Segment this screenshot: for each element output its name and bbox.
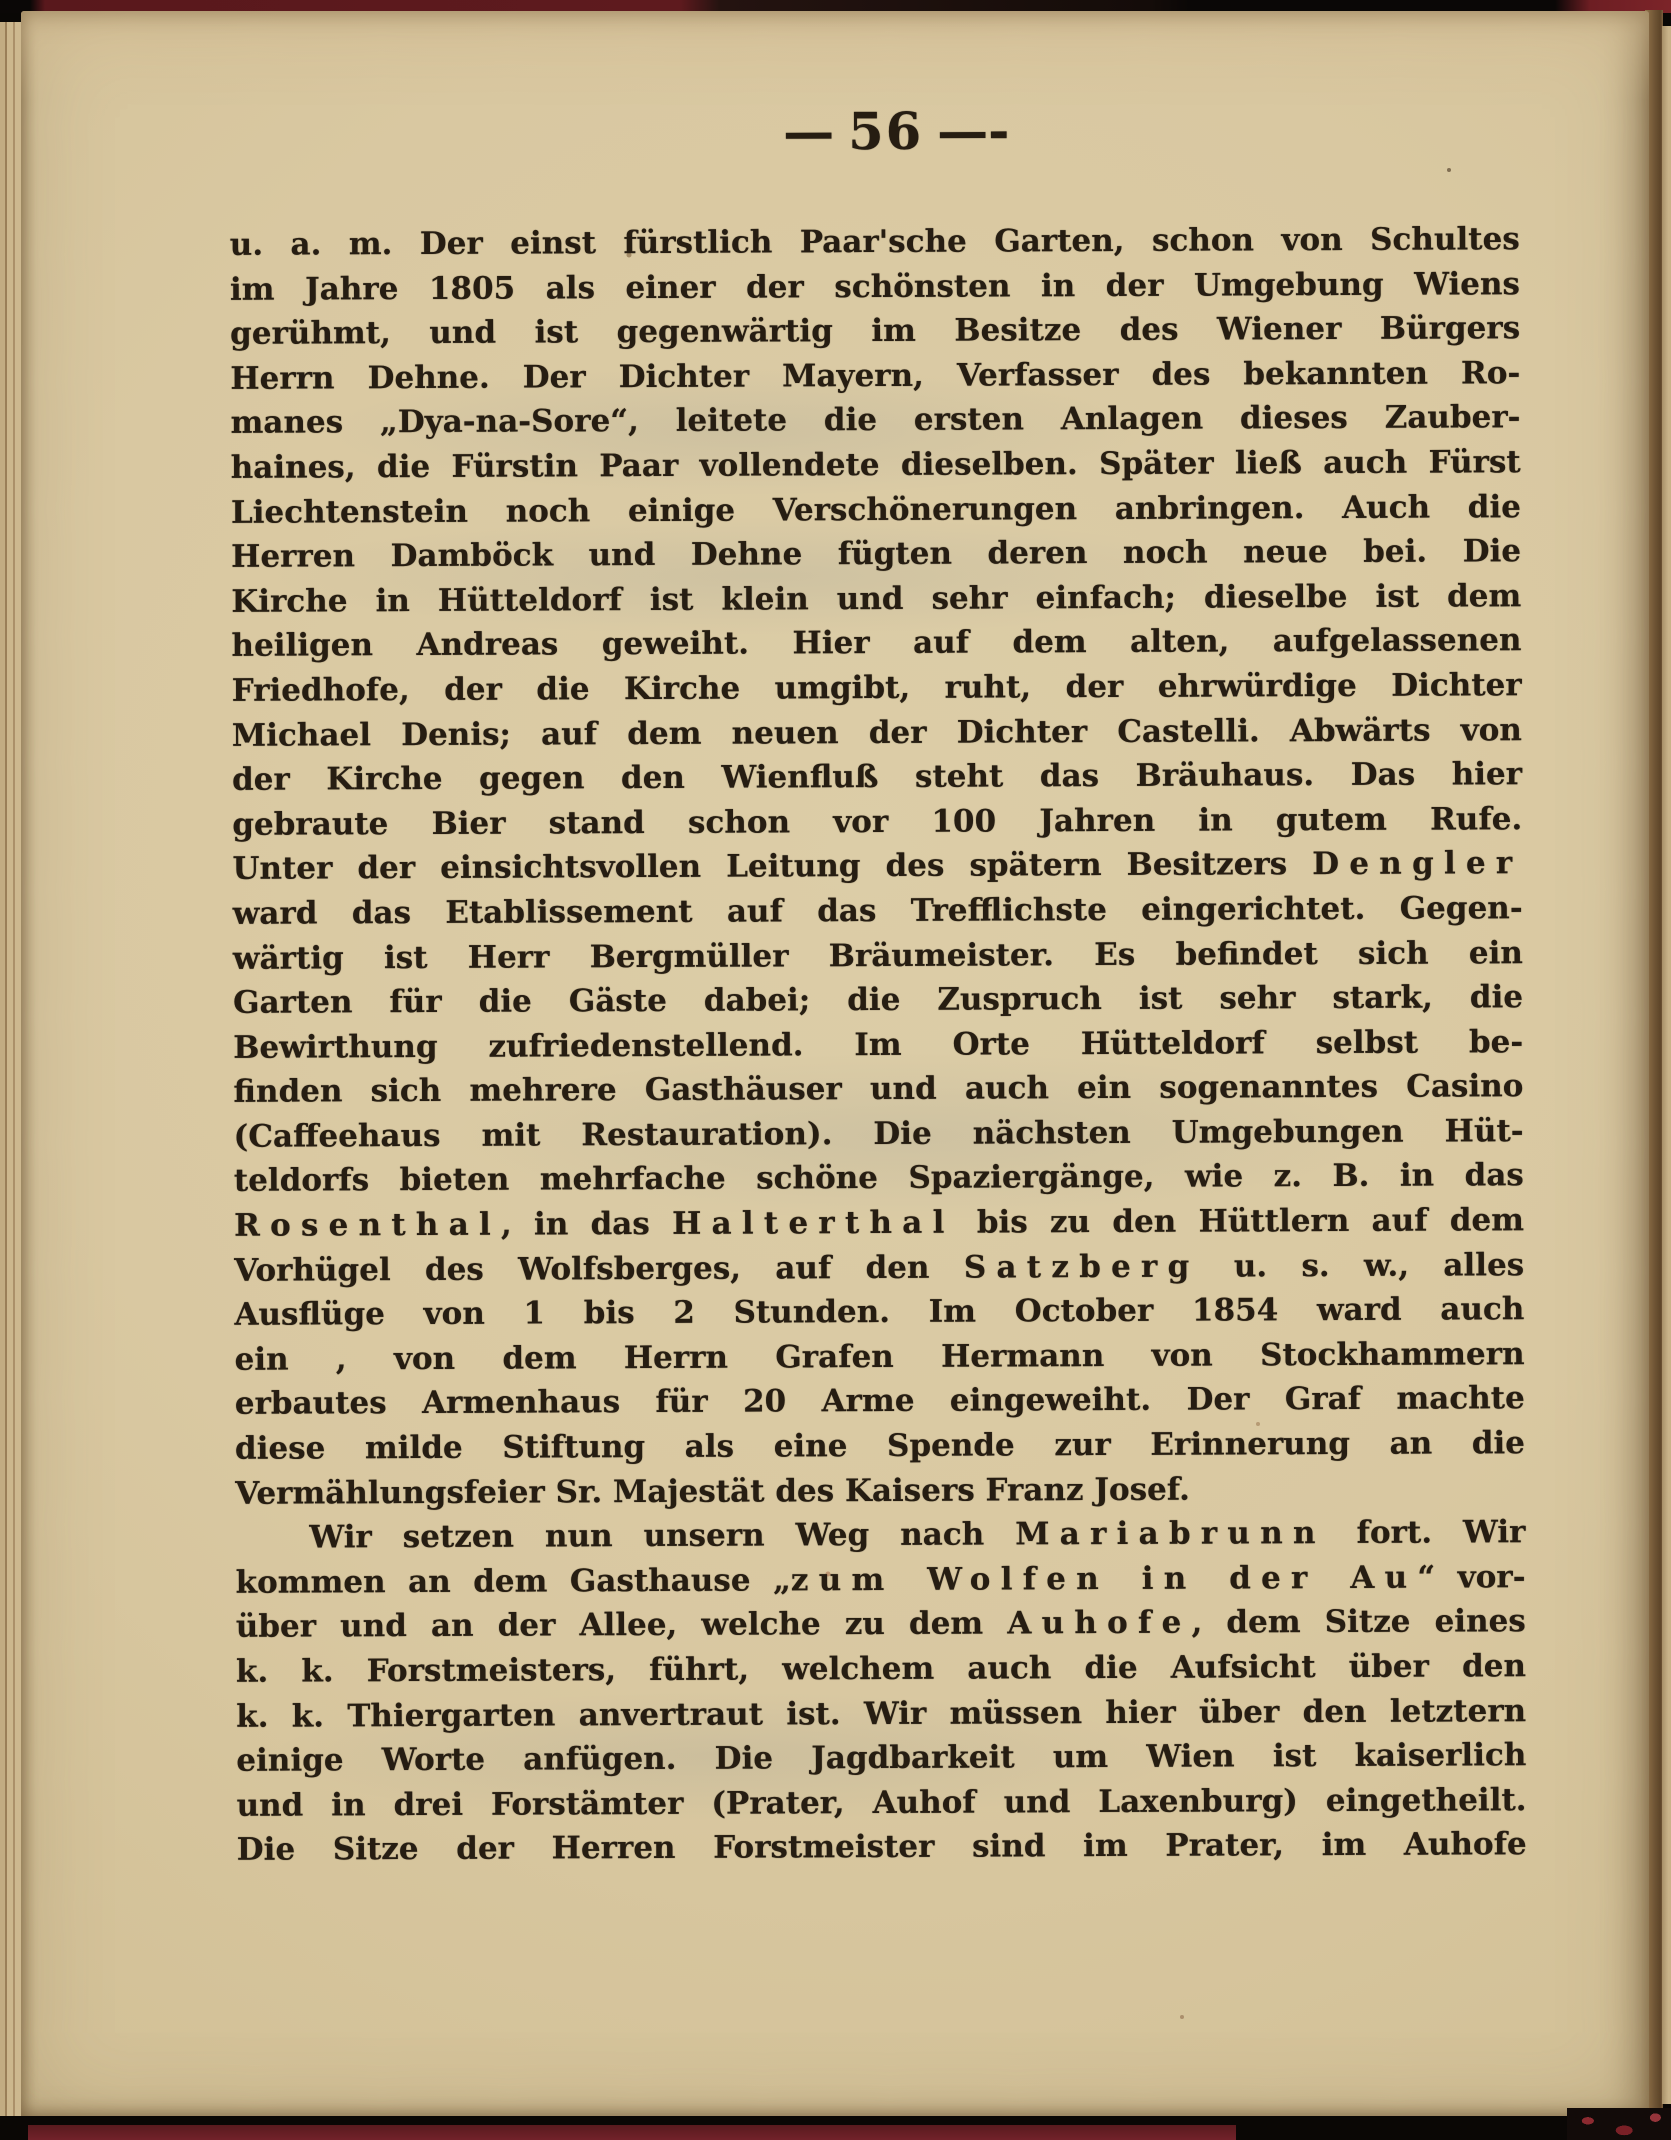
book-cover-bottom-strip bbox=[28, 2125, 1236, 2140]
text-segment: über und an der Allee, welche zu dem bbox=[236, 1606, 1008, 1645]
text-segment: Unter der einsichtsvollen Leitung des sp… bbox=[232, 846, 1312, 887]
text-line: kommen an dem Gasthause „zum Wolfen in d… bbox=[235, 1555, 1525, 1605]
book-scan-photo: —56—- u. a. m. Der einst fürstlich Paar'… bbox=[0, 0, 1671, 2140]
text-segment: gebraute Bier stand schon vor 100 Jahren… bbox=[232, 801, 1522, 843]
text-segment: Garten für die Gäste dabei; die Zuspruch… bbox=[233, 979, 1523, 1021]
text-segment: und in drei Forstämter (Prater, Auhof un… bbox=[236, 1782, 1526, 1824]
text-line: finden sich mehrere Gasthäuser und auch … bbox=[233, 1064, 1523, 1114]
text-segment: u. s. w., alles bbox=[1199, 1247, 1524, 1284]
letterspaced-word: Mariabrunn bbox=[1015, 1515, 1326, 1552]
text-segment: , dem Sitze eines bbox=[1191, 1604, 1525, 1641]
text-line: ward das Etablissement auf das Trefflich… bbox=[233, 886, 1523, 936]
letterspaced-word: Dengler bbox=[1312, 845, 1522, 882]
text-line: Vorhügel des Wolfsberges, auf den Satzbe… bbox=[234, 1243, 1524, 1293]
text-line: einige Worte anfügen. Die Jagdbarkeit um… bbox=[236, 1733, 1526, 1783]
text-line: Vermählungsfeier Sr. Majestät des Kaiser… bbox=[235, 1466, 1525, 1516]
text-segment: Ausflüge von 1 bis 2 Stunden. Im October… bbox=[234, 1291, 1524, 1333]
next-page-edge bbox=[1662, 26, 1671, 2104]
text-segment: , in das bbox=[501, 1206, 672, 1243]
text-segment: Kirche in Hütteldorf ist klein und sehr … bbox=[231, 578, 1521, 620]
text-line: Unter der einsichtsvollen Leitung des sp… bbox=[232, 841, 1522, 891]
header-right-dash: —- bbox=[923, 101, 1023, 161]
text-line: über und an der Allee, welche zu dem Auh… bbox=[236, 1600, 1526, 1650]
text-line: Wir setzen nun unsern Weg nach Mariabrun… bbox=[235, 1510, 1525, 1560]
text-line: ein , von dem Herrn Grafen Hermann von S… bbox=[235, 1332, 1525, 1382]
text-line: Garten für die Gäste dabei; die Zuspruch… bbox=[233, 975, 1523, 1025]
text-segment: u. a. m. Der einst fürstlich Paar'sche G… bbox=[230, 221, 1520, 263]
text-segment: Liechtenstein noch einige Verschönerunge… bbox=[231, 489, 1521, 531]
text-segment: Herrn Dehne. Der Dichter Mayern, Verfass… bbox=[230, 355, 1520, 397]
text-segment: ward das Etablissement auf das Trefflich… bbox=[233, 890, 1523, 932]
text-segment: der Kirche gegen den Wienfluß steht das … bbox=[232, 756, 1522, 798]
page-stack-edge-left bbox=[0, 22, 21, 2118]
text-line: und in drei Forstämter (Prater, Auhof un… bbox=[236, 1778, 1526, 1828]
text-line: wärtig ist Herr Bergmüller Bräumeister. … bbox=[233, 931, 1523, 981]
text-segment: finden sich mehrere Gasthäuser und auch … bbox=[233, 1068, 1523, 1110]
letterspaced-word: Halterthal bbox=[672, 1205, 955, 1242]
text-line: Rosenthal, in das Halterthal bis zu den … bbox=[234, 1198, 1524, 1248]
text-line: heiligen Andreas geweiht. Hier auf dem a… bbox=[231, 619, 1521, 669]
text-line: diese milde Stiftung als eine Spende zur… bbox=[235, 1421, 1525, 1471]
text-line: Ausflüge von 1 bis 2 Stunden. Im October… bbox=[234, 1287, 1524, 1337]
text-line: Die Sitze der Herren Forstmeister sind i… bbox=[237, 1823, 1527, 1873]
text-segment: bis zu den Hüttlern auf dem bbox=[955, 1202, 1525, 1240]
letterspaced-word: Satzberg bbox=[964, 1248, 1200, 1285]
text-line: haines, die Fürstin Paar vollendete dies… bbox=[231, 440, 1521, 490]
text-segment: Wir setzen nun unsern Weg nach bbox=[309, 1517, 1015, 1556]
text-segment: Bewirthung zufriedenstellend. Im Orte Hü… bbox=[233, 1024, 1523, 1066]
book-page: —56—- u. a. m. Der einst fürstlich Paar'… bbox=[21, 11, 1649, 2119]
text-segment: Michael Denis; auf dem neuen der Dichter… bbox=[232, 712, 1522, 754]
text-segment: k. k. Thiergarten anvertraut ist. Wir mü… bbox=[236, 1693, 1526, 1735]
text-line: Bewirthung zufriedenstellend. Im Orte Hü… bbox=[233, 1020, 1523, 1070]
reverse-side-show-through bbox=[441, 1051, 1381, 1221]
page-number: 56 bbox=[848, 102, 923, 162]
text-segment: k. k. Forstmeisters, führt, welchem auch… bbox=[236, 1648, 1526, 1690]
text-line: (Caffeehaus mit Restauration). Die nächs… bbox=[234, 1109, 1524, 1159]
text-segment: erbautes Armenhaus für 20 Arme eingeweih… bbox=[235, 1381, 1525, 1423]
text-line: k. k. Forstmeisters, führt, welchem auch… bbox=[236, 1644, 1526, 1694]
text-segment: einige Worte anfügen. Die Jagdbarkeit um… bbox=[236, 1737, 1526, 1779]
page-header: —56—- bbox=[229, 104, 1519, 161]
text-segment: Friedhofe, der die Kirche umgibt, ruht, … bbox=[232, 667, 1522, 709]
text-segment: wärtig ist Herr Bergmüller Bräumeister. … bbox=[233, 935, 1523, 977]
text-line: Herrn Dehne. Der Dichter Mayern, Verfass… bbox=[230, 351, 1520, 401]
text-segment: gerühmt, und ist gegenwärtig im Besitze … bbox=[230, 310, 1520, 352]
text-segment: haines, die Fürstin Paar vollendete dies… bbox=[231, 444, 1521, 486]
text-segment: Herren Damböck und Dehne fügten deren no… bbox=[231, 533, 1521, 575]
text-segment: Vermählungsfeier Sr. Majestät des Kaiser… bbox=[235, 1471, 1190, 1511]
text-segment: fort. Wir bbox=[1326, 1514, 1526, 1551]
text-segment: im Jahre 1805 als einer der schönsten in… bbox=[230, 266, 1520, 308]
text-segment: manes „Dya-na-Sore“, leitete die ersten … bbox=[230, 400, 1520, 442]
text-line: gebraute Bier stand schon vor 100 Jahren… bbox=[232, 797, 1522, 847]
text-segment: (Caffeehaus mit Restauration). Die nächs… bbox=[234, 1113, 1524, 1155]
text-line: im Jahre 1805 als einer der schönsten in… bbox=[230, 262, 1520, 312]
text-line: manes „Dya-na-Sore“, leitete die ersten … bbox=[230, 396, 1520, 446]
printed-area: —56—- u. a. m. Der einst fürstlich Paar'… bbox=[229, 104, 1527, 1873]
text-line: Friedhofe, der die Kirche umgibt, ruht, … bbox=[232, 663, 1522, 713]
reverse-side-show-through bbox=[261, 1691, 1181, 1821]
letterspaced-word: Rosenthal bbox=[234, 1207, 501, 1244]
text-line: u. a. m. Der einst fürstlich Paar'sche G… bbox=[230, 217, 1520, 267]
text-segment: Die Sitze der Herren Forstmeister sind i… bbox=[237, 1827, 1527, 1869]
text-line: Liechtenstein noch einige Verschönerunge… bbox=[231, 485, 1521, 535]
header-left-dash: — bbox=[769, 102, 848, 162]
text-line: gerühmt, und ist gegenwärtig im Besitze … bbox=[230, 306, 1520, 356]
text-line: Herren Damböck und Dehne fügten deren no… bbox=[231, 529, 1521, 579]
text-segment: heiligen Andreas geweiht. Hier auf dem a… bbox=[231, 623, 1521, 665]
text-line: der Kirche gegen den Wienfluß steht das … bbox=[232, 752, 1522, 802]
text-line: Kirche in Hütteldorf ist klein und sehr … bbox=[231, 574, 1521, 624]
text-segment: Vorhügel des Wolfsberges, auf den bbox=[234, 1249, 964, 1288]
letterspaced-word: zum Wolfen in der Au bbox=[791, 1559, 1418, 1598]
text-line: Michael Denis; auf dem neuen der Dichter… bbox=[232, 708, 1522, 758]
reverse-side-show-through bbox=[261, 516, 1261, 636]
text-line: k. k. Thiergarten anvertraut ist. Wir mü… bbox=[236, 1689, 1526, 1739]
text-segment: “ vor- bbox=[1417, 1559, 1525, 1595]
cover-corner-flecks bbox=[1567, 2108, 1671, 2140]
text-segment: teldorfs bieten mehrfache schöne Spazier… bbox=[234, 1158, 1524, 1200]
text-segment: diese milde Stiftung als eine Spende zur… bbox=[235, 1425, 1525, 1467]
text-segment: kommen an dem Gasthause „ bbox=[236, 1562, 791, 1600]
text-line: erbautes Armenhaus für 20 Arme eingeweih… bbox=[235, 1377, 1525, 1427]
reverse-side-show-through bbox=[321, 366, 1161, 496]
body-text: u. a. m. Der einst fürstlich Paar'sche G… bbox=[230, 217, 1527, 1873]
text-segment: ein , von dem Herrn Grafen Hermann von S… bbox=[235, 1336, 1525, 1378]
letterspaced-word: Auhofe bbox=[1007, 1605, 1191, 1642]
paper-speck-layer bbox=[21, 11, 23, 13]
text-line: teldorfs bieten mehrfache schöne Spazier… bbox=[234, 1154, 1524, 1204]
